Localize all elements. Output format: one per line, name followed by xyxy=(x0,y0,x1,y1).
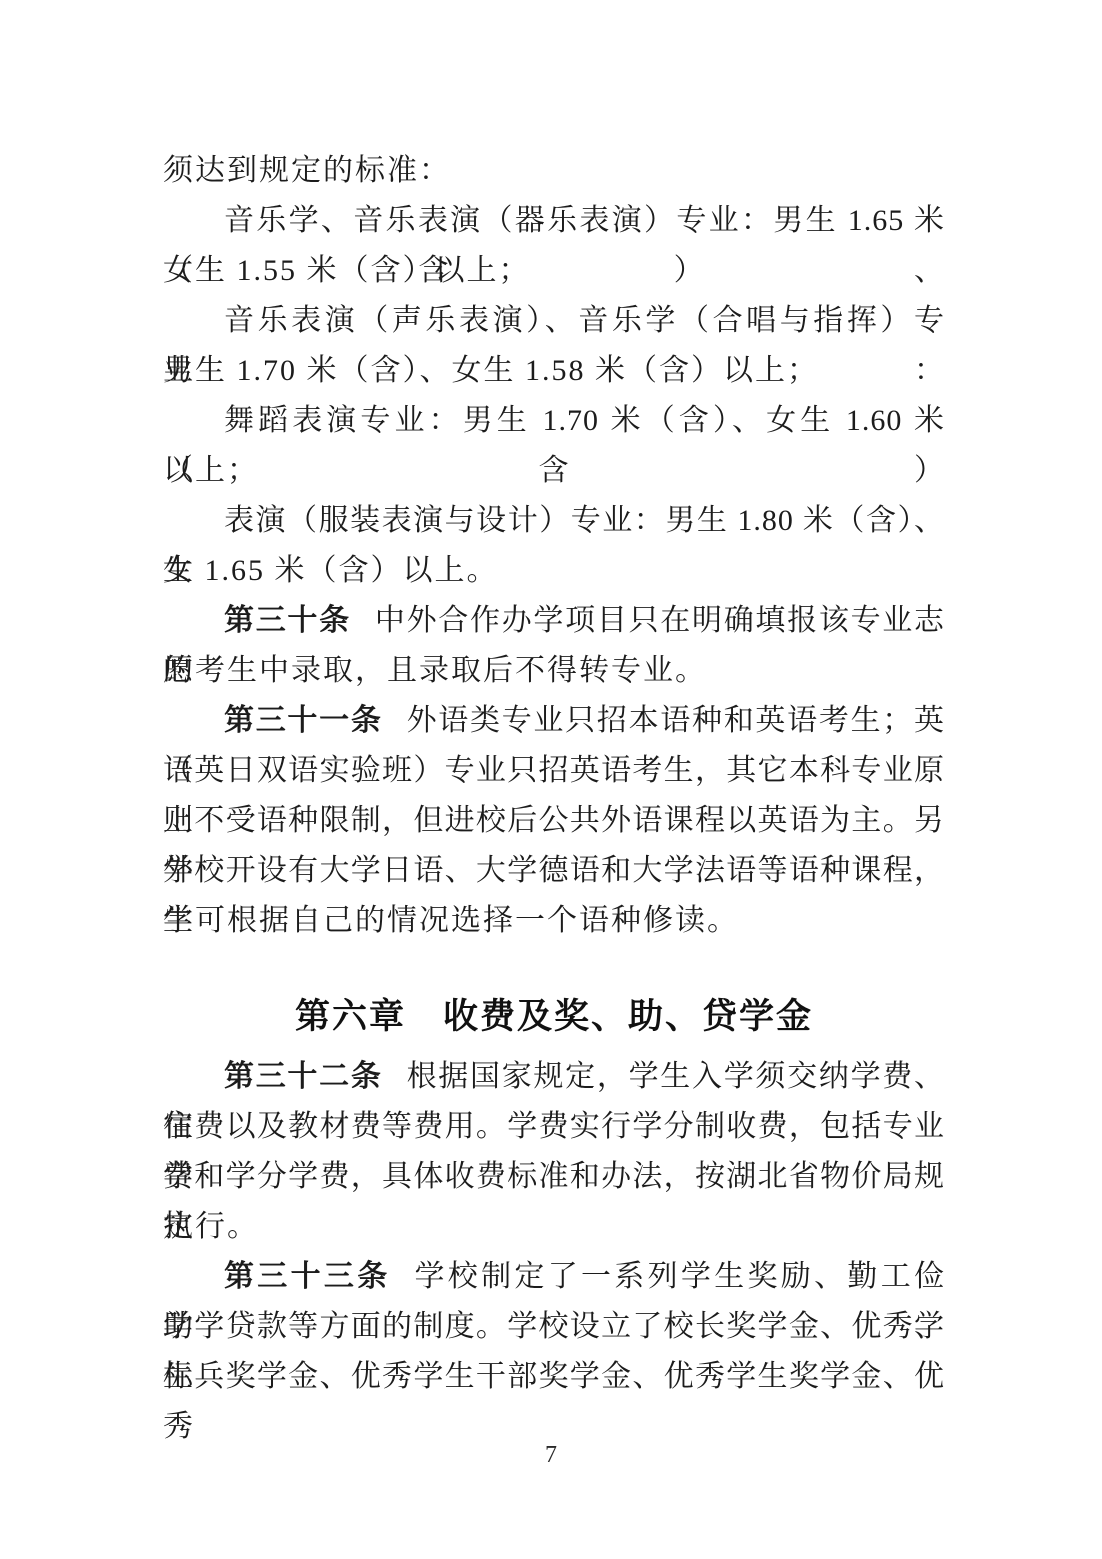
text-line: 第三十一条外语类专业只招本语种和英语考生；英语 xyxy=(163,696,945,746)
text-line: 标兵奖学金、优秀学生干部奖学金、优秀学生奖学金、优秀 xyxy=(163,1352,945,1402)
document-page: 须达到规定的标准：音乐学、音乐表演（器乐表演）专业：男生 1.65 米（含）、女… xyxy=(0,0,1102,1559)
text-line: 费和学分学费，具体收费标准和办法，按湖北省物价局规定 xyxy=(163,1152,945,1202)
text-line: 宿费以及教材费等费用。学费实行学分制收费，包括专业学 xyxy=(163,1102,945,1152)
text-line: 的考生中录取，且录取后不得转专业。 xyxy=(163,646,945,696)
chapter-heading: 第六章 收费及奖、助、贷学金 xyxy=(163,990,945,1044)
text-line: （英日双语实验班）专业只招英语考生，其它本科专业原则 xyxy=(163,746,945,796)
text-line: 音乐表演（声乐表演）、音乐学（合唱与指挥）专业： xyxy=(163,296,945,346)
text-line: 学校开设有大学日语、大学德语和大学法语等语种课程，学 xyxy=(163,846,945,896)
article-number: 第三十二条 xyxy=(224,1060,383,1093)
text-line: 须达到规定的标准： xyxy=(163,146,945,196)
text-line: 第三十条中外合作办学项目只在明确填报该专业志愿 xyxy=(163,596,945,646)
text-line: 上不受语种限制，但进校后公共外语课程以英语为主。另外 xyxy=(163,796,945,846)
text-line: 表演（服装表演与设计）专业：男生 1.80 米（含）、女 xyxy=(163,496,945,546)
text-line: 执行。 xyxy=(163,1202,945,1252)
text-line: 第三十三条学校制定了一系列学生奖励、勤工俭学、 xyxy=(163,1252,945,1302)
article-number: 第三十一条 xyxy=(224,704,383,737)
article-number: 第三十三条 xyxy=(224,1260,391,1293)
text-line: 助学贷款等方面的制度。学校设立了校长奖学金、优秀学生 xyxy=(163,1302,945,1352)
page-number: 7 xyxy=(0,1442,1102,1469)
text-line: 舞蹈表演专业：男生 1.70 米（含）、女生 1.60 米（含） xyxy=(163,396,945,446)
text-line: 音乐学、音乐表演（器乐表演）专业：男生 1.65 米（含）、 xyxy=(163,196,945,246)
document-body: 须达到规定的标准：音乐学、音乐表演（器乐表演）专业：男生 1.65 米（含）、女… xyxy=(163,146,945,1402)
text-line: 第三十二条根据国家规定，学生入学须交纳学费、住 xyxy=(163,1052,945,1102)
text-line: 生可根据自己的情况选择一个语种修读。 xyxy=(163,896,945,946)
article-number: 第三十条 xyxy=(224,604,351,637)
text-line: 生 1.65 米（含）以上。 xyxy=(163,546,945,596)
